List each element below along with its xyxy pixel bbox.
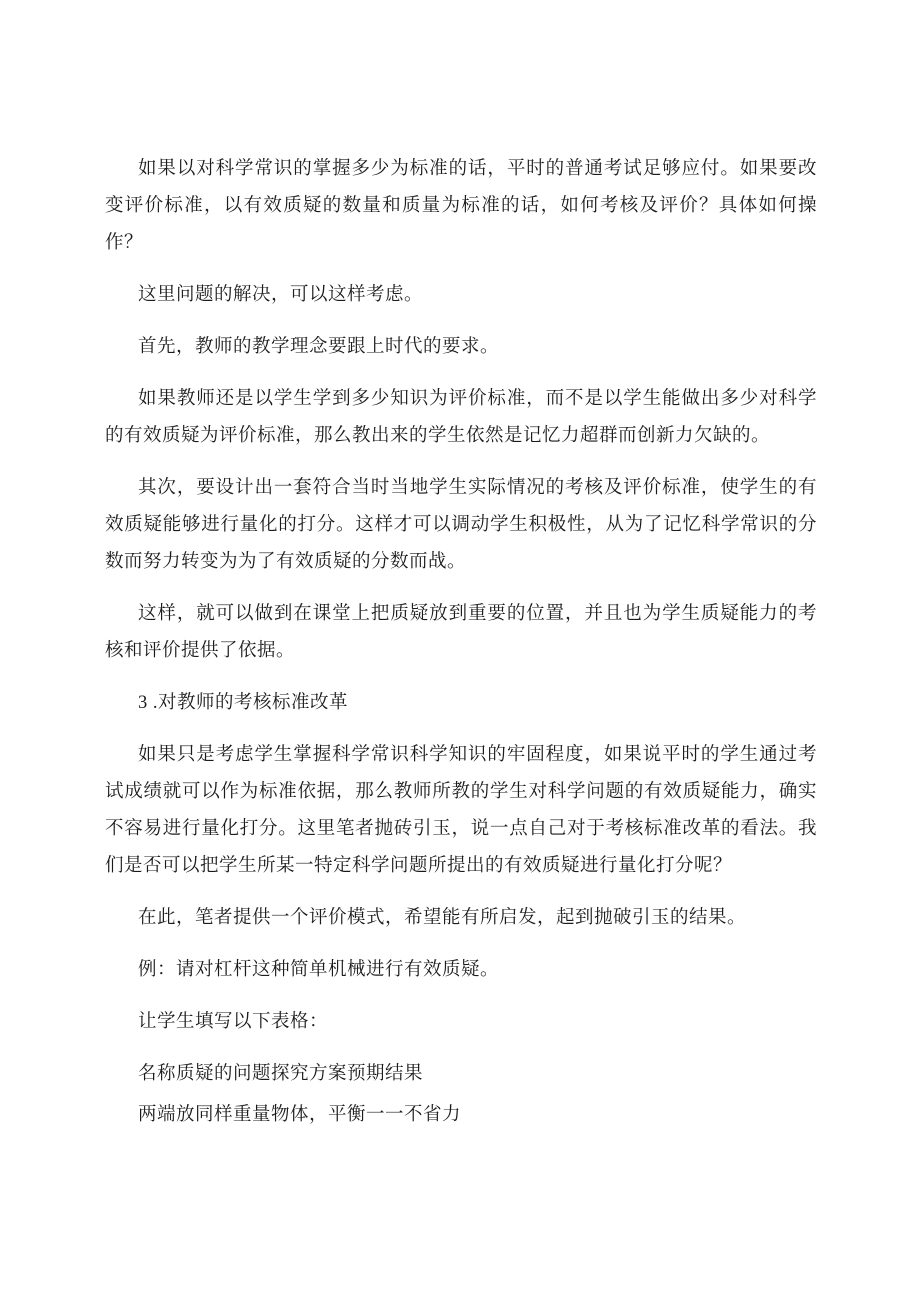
- paragraph-table-instruction: 让学生填写以下表格：: [105, 1004, 817, 1041]
- table-row-line: 两端放同样重量物体，平衡一一不省力: [105, 1097, 817, 1134]
- paragraph-assessment-reform-discussion: 如果只是考虑学生掌握科学常识科学知识的牢固程度，如果说平时的学生通过考试成绩就可…: [105, 737, 817, 885]
- paragraph-teacher-concept: 如果教师还是以学生学到多少知识为评价标准，而不是以学生能做出多少对科学的有效质疑…: [105, 381, 817, 455]
- paragraph-evaluation-model-offer: 在此，笔者提供一个评价模式，希望能有所启发，起到抛破引玉的结果。: [105, 900, 817, 937]
- paragraph-classroom-position: 这样，就可以做到在课堂上把质疑放到重要的位置，并且也为学生质疑能力的考核和评价提…: [105, 596, 817, 670]
- paragraph-evaluation-question: 如果以对科学常识的掌握多少为标准的话，平时的普通考试足够应付。如果要改变评价标准…: [105, 151, 817, 262]
- document-page: 如果以对科学常识的掌握多少为标准的话，平时的普通考试足够应付。如果要改变评价标准…: [0, 0, 920, 1301]
- section-heading-teacher-assessment-reform: 3 .对教师的考核标准改革: [105, 685, 817, 722]
- paragraph-lever-example: 例：请对杠杆这种简单机械进行有效质疑。: [105, 952, 817, 989]
- paragraph-solution-intro: 这里问题的解决，可以这样考虑。: [105, 277, 817, 314]
- paragraph-second-point: 其次，要设计出一套符合当时当地学生实际情况的考核及评价标准，使学生的有效质疑能够…: [105, 470, 817, 581]
- table-header-line: 名称质疑的问题探究方案预期结果: [105, 1056, 817, 1093]
- paragraph-first-point: 首先，教师的教学理念要跟上时代的要求。: [105, 329, 817, 366]
